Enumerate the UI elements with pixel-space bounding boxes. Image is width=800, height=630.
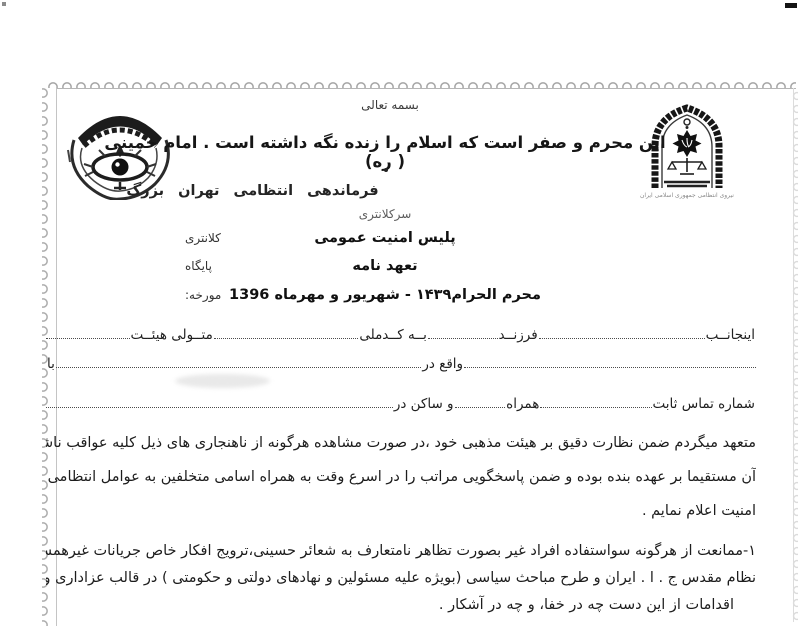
- heyat-name-blank-field-cont: [464, 367, 756, 368]
- besmeleh-text: بسمه تعالی: [45, 98, 735, 112]
- clause1-line-1: ۱-ممانعت از هرگونه سواستفاده افراد غیر ب…: [46, 538, 756, 565]
- kalantari-label: کلانتری: [185, 231, 221, 245]
- scan-artifact-topleft: [2, 2, 6, 6]
- applicant-blank-field: [539, 338, 705, 339]
- muharram-date-title: محرم الحرام۱۴۳۹ - شهریور و مهرماه 1396: [45, 287, 725, 303]
- page-border-right: [793, 88, 794, 622]
- command-title: فرماندهی انتظامی تهران بزرگ: [100, 183, 405, 199]
- clause1-paragraph: ۱-ممانعت از هرگونه سواستفاده افراد غیر ب…: [46, 538, 756, 619]
- father-label: فرزنــد: [498, 327, 539, 343]
- dated-label: مورخه:: [185, 288, 221, 302]
- header-row-police: پلیس امنیت عمومی کلانتری: [45, 230, 725, 250]
- precinct-title: سرکلانتری: [45, 207, 725, 221]
- custodian-label: متــولی هیئــت: [130, 327, 214, 343]
- slogan-dot-artifact: [384, 168, 388, 172]
- header-row-date: محرم الحرام۱۴۳۹ - شهریور و مهرماه 1396 م…: [45, 287, 725, 307]
- pledge-title: تعهد نامه: [45, 258, 725, 274]
- national-id-label: بــه کــدملی: [358, 327, 428, 343]
- imam-khomeini-quote: این محرم و صفر است که اسلام را زنده نگه …: [100, 133, 670, 171]
- form-line-identity: اینجانــب فرزنــد بــه کــدملی متــولی ه…: [46, 321, 756, 343]
- clause1-line-3: اقدامات از این دست چه در خفا، و چه در آش…: [46, 592, 756, 619]
- station-label: پایگاه: [185, 259, 212, 273]
- mobile-label: همراه: [505, 396, 540, 412]
- pledge-line-2: آن مستقیما بر عهده بنده بوده و ضمن پاسخگ…: [46, 460, 756, 494]
- heyat-name-blank-field: [46, 338, 130, 339]
- located-at-label: واقع در: [421, 356, 464, 372]
- resident-at-label: و ساکن در: [393, 396, 455, 412]
- allah-rosette-icon: [673, 130, 702, 157]
- header-row-pledge: تعهد نامه پایگاه: [45, 258, 725, 278]
- scan-smudge: [175, 374, 270, 388]
- scan-artifact-topright: [785, 3, 797, 8]
- naja-emblem-caption: نیروی انتظامی جمهوری اسلامی ایران: [630, 192, 744, 199]
- pledge-line-3: امنیت اعلام نمایم .: [46, 494, 756, 528]
- public-security-police-title: پلیس امنیت عمومی: [45, 230, 725, 246]
- clause1-line-2: نظام مقدس ج . ا . ایران و طرح مباحث سیاس…: [46, 565, 756, 592]
- address-blank-field: [56, 367, 421, 368]
- pledge-line-1: متعهد میگردم ضمن نظارت دقیق بر هیئت مذهب…: [46, 426, 756, 460]
- national-id-blank-field: [214, 338, 359, 339]
- perforated-border-top: [46, 74, 796, 88]
- with-label: با: [46, 356, 56, 372]
- scales-of-justice-icon: [668, 158, 706, 174]
- residence-blank-field: [46, 407, 393, 408]
- scanned-pledge-document: { "document": { "besmeleh": "بسمه تعالی"…: [0, 0, 800, 630]
- father-blank-field: [428, 338, 498, 339]
- landline-blank-field: [540, 407, 651, 408]
- landline-label: شماره تماس ثابت: [652, 396, 756, 412]
- form-line-contact: شماره تماس ثابت همراه و ساکن در: [46, 390, 756, 412]
- form-line-location: واقع در با: [46, 350, 756, 372]
- mobile-blank-field: [455, 407, 506, 408]
- applicant-label: اینجانــب: [705, 327, 756, 343]
- pledge-paragraph: متعهد میگردم ضمن نظارت دقیق بر هیئت مذهب…: [46, 426, 756, 528]
- page-border-top: [56, 88, 796, 89]
